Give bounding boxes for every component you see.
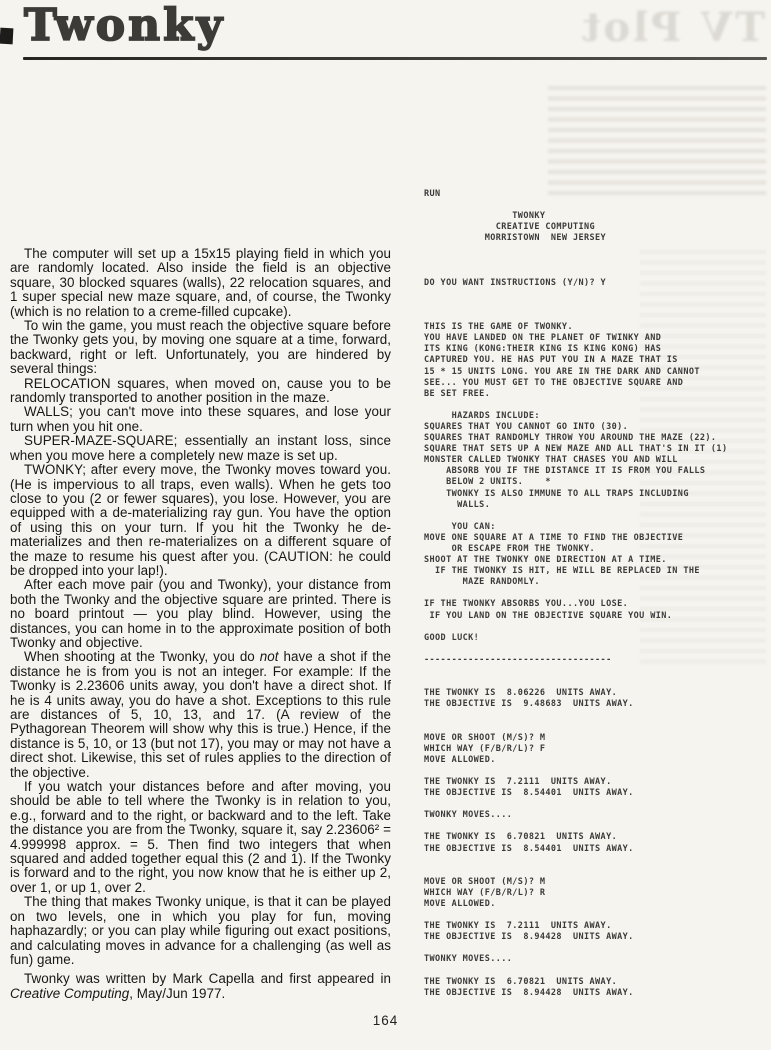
ink-smudge: [0, 28, 13, 45]
title-divider-rule: [23, 57, 767, 60]
article-column: The computer will set up a 15x15 playing…: [10, 247, 391, 1001]
article-paragraph: The thing that makes Twonky unique, is t…: [10, 895, 391, 967]
article-byline: Twonky was written by Mark Capella and f…: [10, 972, 391, 1001]
article-paragraph: TWONKY; after every move, the Twonky mov…: [10, 463, 391, 578]
article-paragraph: When shooting at the Twonky, you do not …: [10, 650, 391, 780]
article-paragraph: The computer will set up a 15x15 playing…: [10, 247, 391, 319]
article-paragraph: WALLS; you can't move into these squares…: [10, 405, 391, 434]
article-paragraph: After each move pair (you and Twonky), y…: [10, 578, 391, 650]
page-number: 164: [0, 1013, 771, 1028]
magazine-page: Twonky TV Plot The computer will set up …: [0, 0, 771, 1050]
magazine-name: Creative Computing: [10, 986, 129, 1001]
bleed-through-title: TV Plot: [579, 4, 765, 51]
article-paragraph: If you watch your distances before and a…: [10, 780, 391, 895]
paragraph-text: When shooting at the Twonky, you do: [24, 649, 260, 664]
byline-text: , May/Jun 1977.: [129, 986, 225, 1001]
article-paragraph: To win the game, you must reach the obje…: [10, 319, 391, 377]
bleed-through-text: [548, 86, 766, 198]
program-run-listing: RUN TWONKY CREATIVE COMPUTING MORRISTOWN…: [424, 189, 727, 999]
article-paragraph: RELOCATION squares, when moved on, cause…: [10, 377, 391, 406]
byline-text: Twonky was written by Mark Capella and f…: [24, 971, 391, 986]
paragraph-text: have a shot if the distance he is from y…: [10, 649, 391, 779]
article-paragraph: SUPER-MAZE-SQUARE; essentially an instan…: [10, 434, 391, 463]
page-title: Twonky: [24, 0, 225, 52]
emphasis-not: not: [260, 649, 279, 664]
